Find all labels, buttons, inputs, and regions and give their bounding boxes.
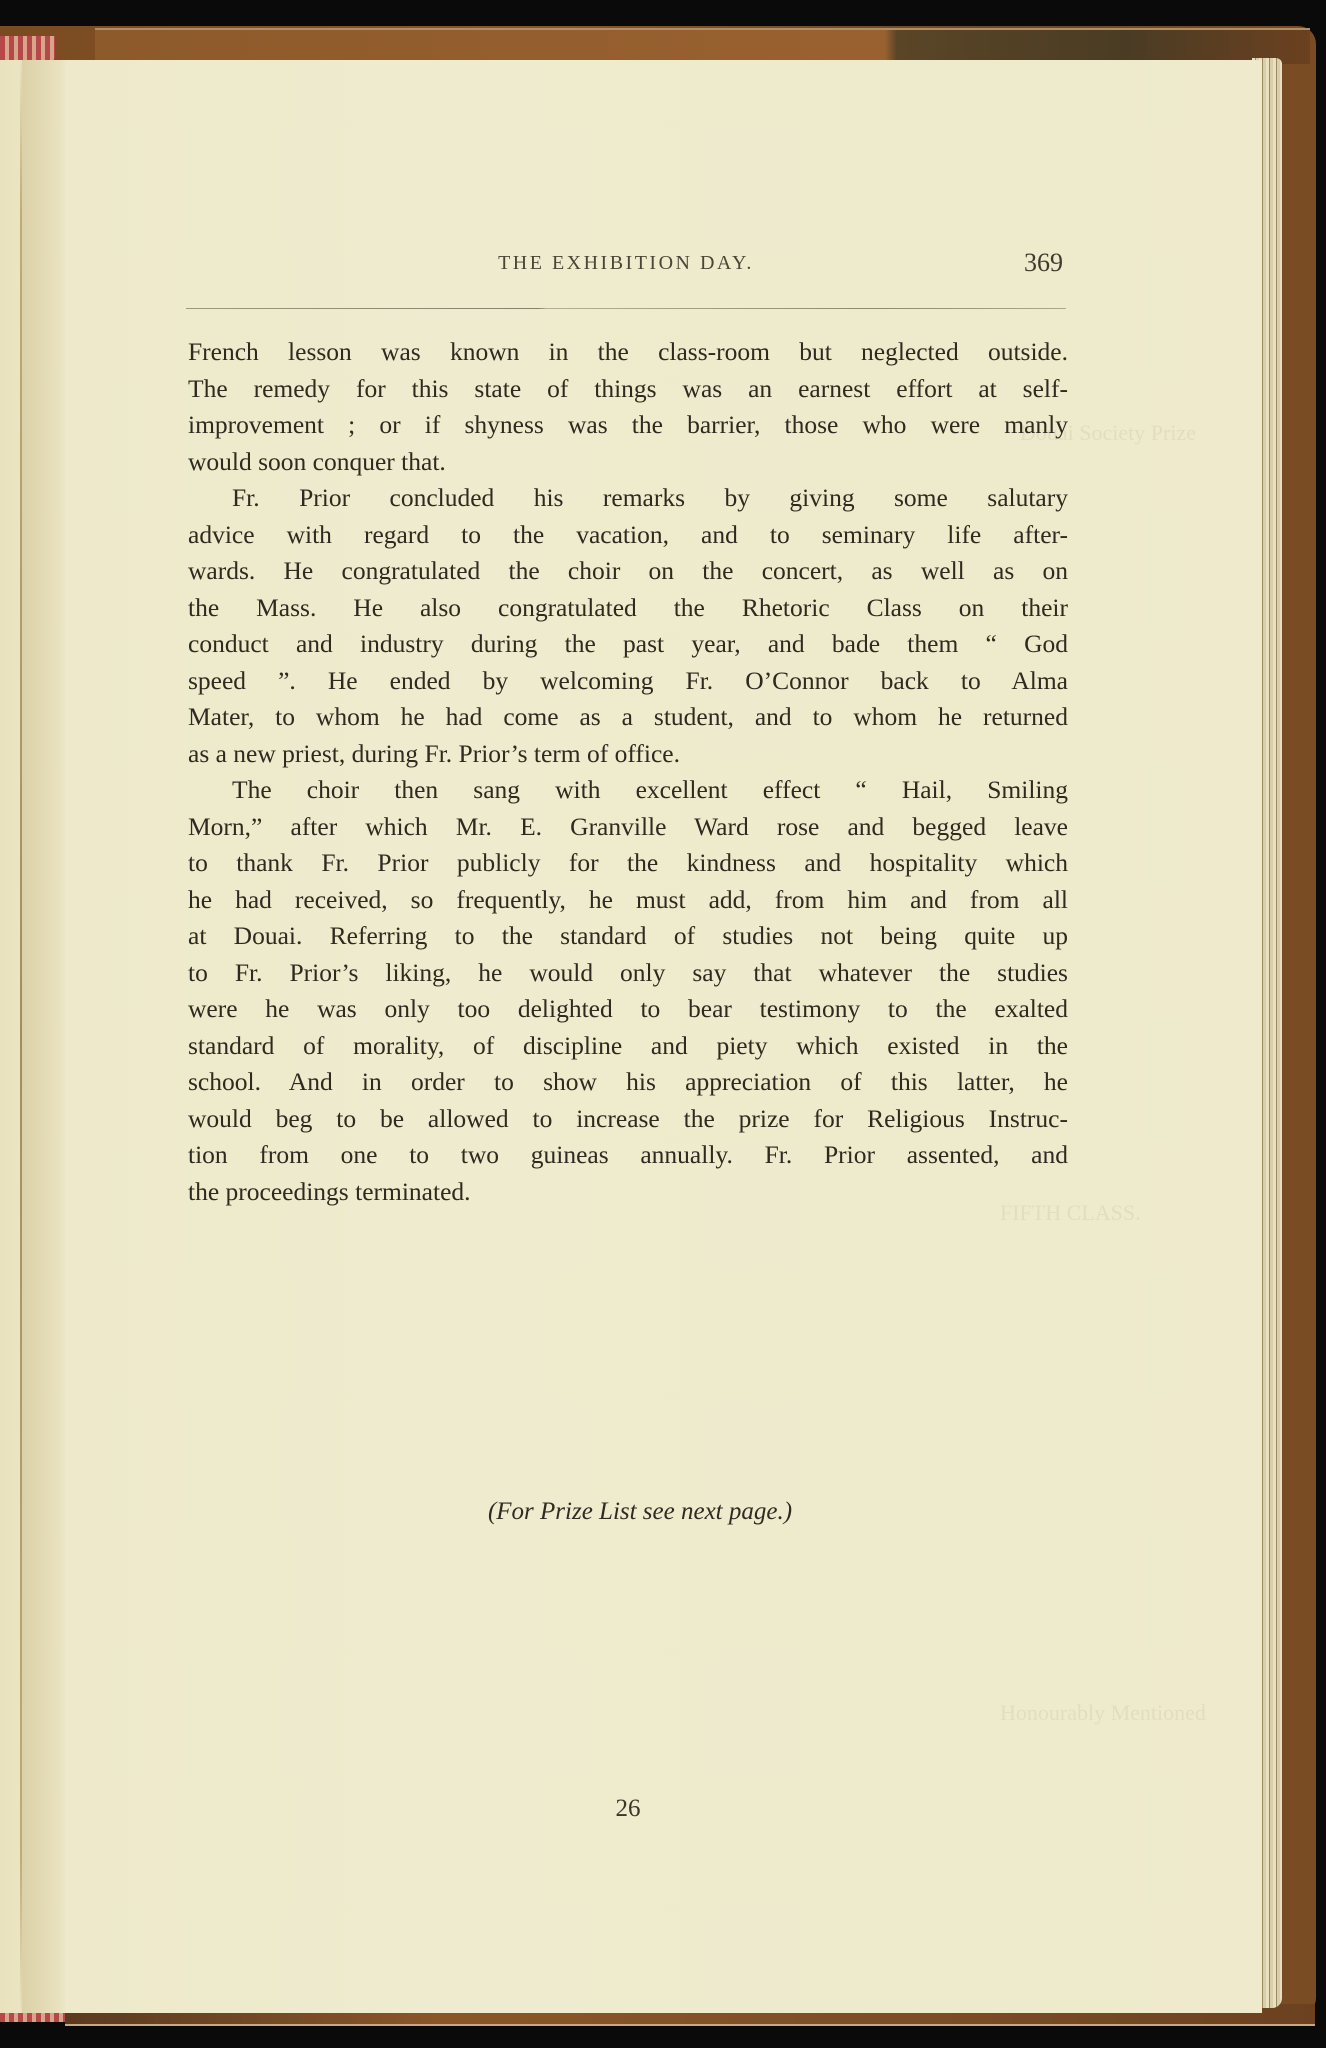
- text-line: The remedy for this state of things was …: [188, 371, 1068, 408]
- header-rule: [186, 308, 1066, 309]
- show-through-text: Honourably Mentioned: [1000, 1700, 1206, 1726]
- headband-top: [0, 36, 55, 62]
- text-line: as a new priest, during Fr. Prior’s term…: [188, 736, 1068, 773]
- signature-mark: 26: [598, 1795, 658, 1823]
- prize-list-note: (For Prize List see next page.): [430, 1498, 850, 1526]
- text-line: Mater, to whom he had come as a student,…: [188, 699, 1068, 736]
- running-title: THE EXHIBITION DAY.: [186, 252, 1066, 275]
- text-line: the Mass. He also congratulated the Rhet…: [188, 590, 1068, 627]
- text-line: the proceedings terminated.: [188, 1174, 1068, 1211]
- paragraph-1: French lesson was known in the class-roo…: [188, 334, 1068, 480]
- text-line: Fr. Prior concluded his remarks by givin…: [188, 480, 1068, 517]
- gutter-shadow: [22, 60, 66, 2013]
- page-number: 369: [1024, 248, 1063, 278]
- text-line: school. And in order to show his appreci…: [188, 1064, 1068, 1101]
- paragraph-2: Fr. Prior concluded his remarks by givin…: [188, 480, 1068, 772]
- text-line: wards. He congratulated the choir on the…: [188, 553, 1068, 590]
- cover-top-edge: [95, 28, 1310, 64]
- text-line: to thank Fr. Prior publicly for the kind…: [188, 845, 1068, 882]
- running-head: THE EXHIBITION DAY. 369: [186, 248, 1066, 288]
- text-line: tion from one to two guineas annually. F…: [188, 1137, 1068, 1174]
- text-line: would beg to be allowed to increase the …: [188, 1101, 1068, 1138]
- text-line: he had received, so frequently, he must …: [188, 882, 1068, 919]
- text-line: standard of morality, of discipline and …: [188, 1028, 1068, 1065]
- text-line: speed ”. He ended by welcoming Fr. O’Con…: [188, 663, 1068, 700]
- text-line: to Fr. Prior’s liking, he would only say…: [188, 955, 1068, 992]
- paragraph-3: The choir then sang with excellent effec…: [188, 772, 1068, 1210]
- text-line: were he was only too delighted to bear t…: [188, 991, 1068, 1028]
- text-line: French lesson was known in the class-roo…: [188, 334, 1068, 371]
- text-line: improvement ; or if shyness was the barr…: [188, 407, 1068, 444]
- text-line: would soon conquer that.: [188, 444, 1068, 481]
- text-line: conduct and industry during the past yea…: [188, 626, 1068, 663]
- text-line: The choir then sang with excellent effec…: [188, 772, 1068, 809]
- text-line: Morn,” after which Mr. E. Granville Ward…: [188, 809, 1068, 846]
- body-text: French lesson was known in the class-roo…: [188, 334, 1068, 1210]
- text-line: advice with regard to the vacation, and …: [188, 517, 1068, 554]
- text-line: at Douai. Referring to the standard of s…: [188, 918, 1068, 955]
